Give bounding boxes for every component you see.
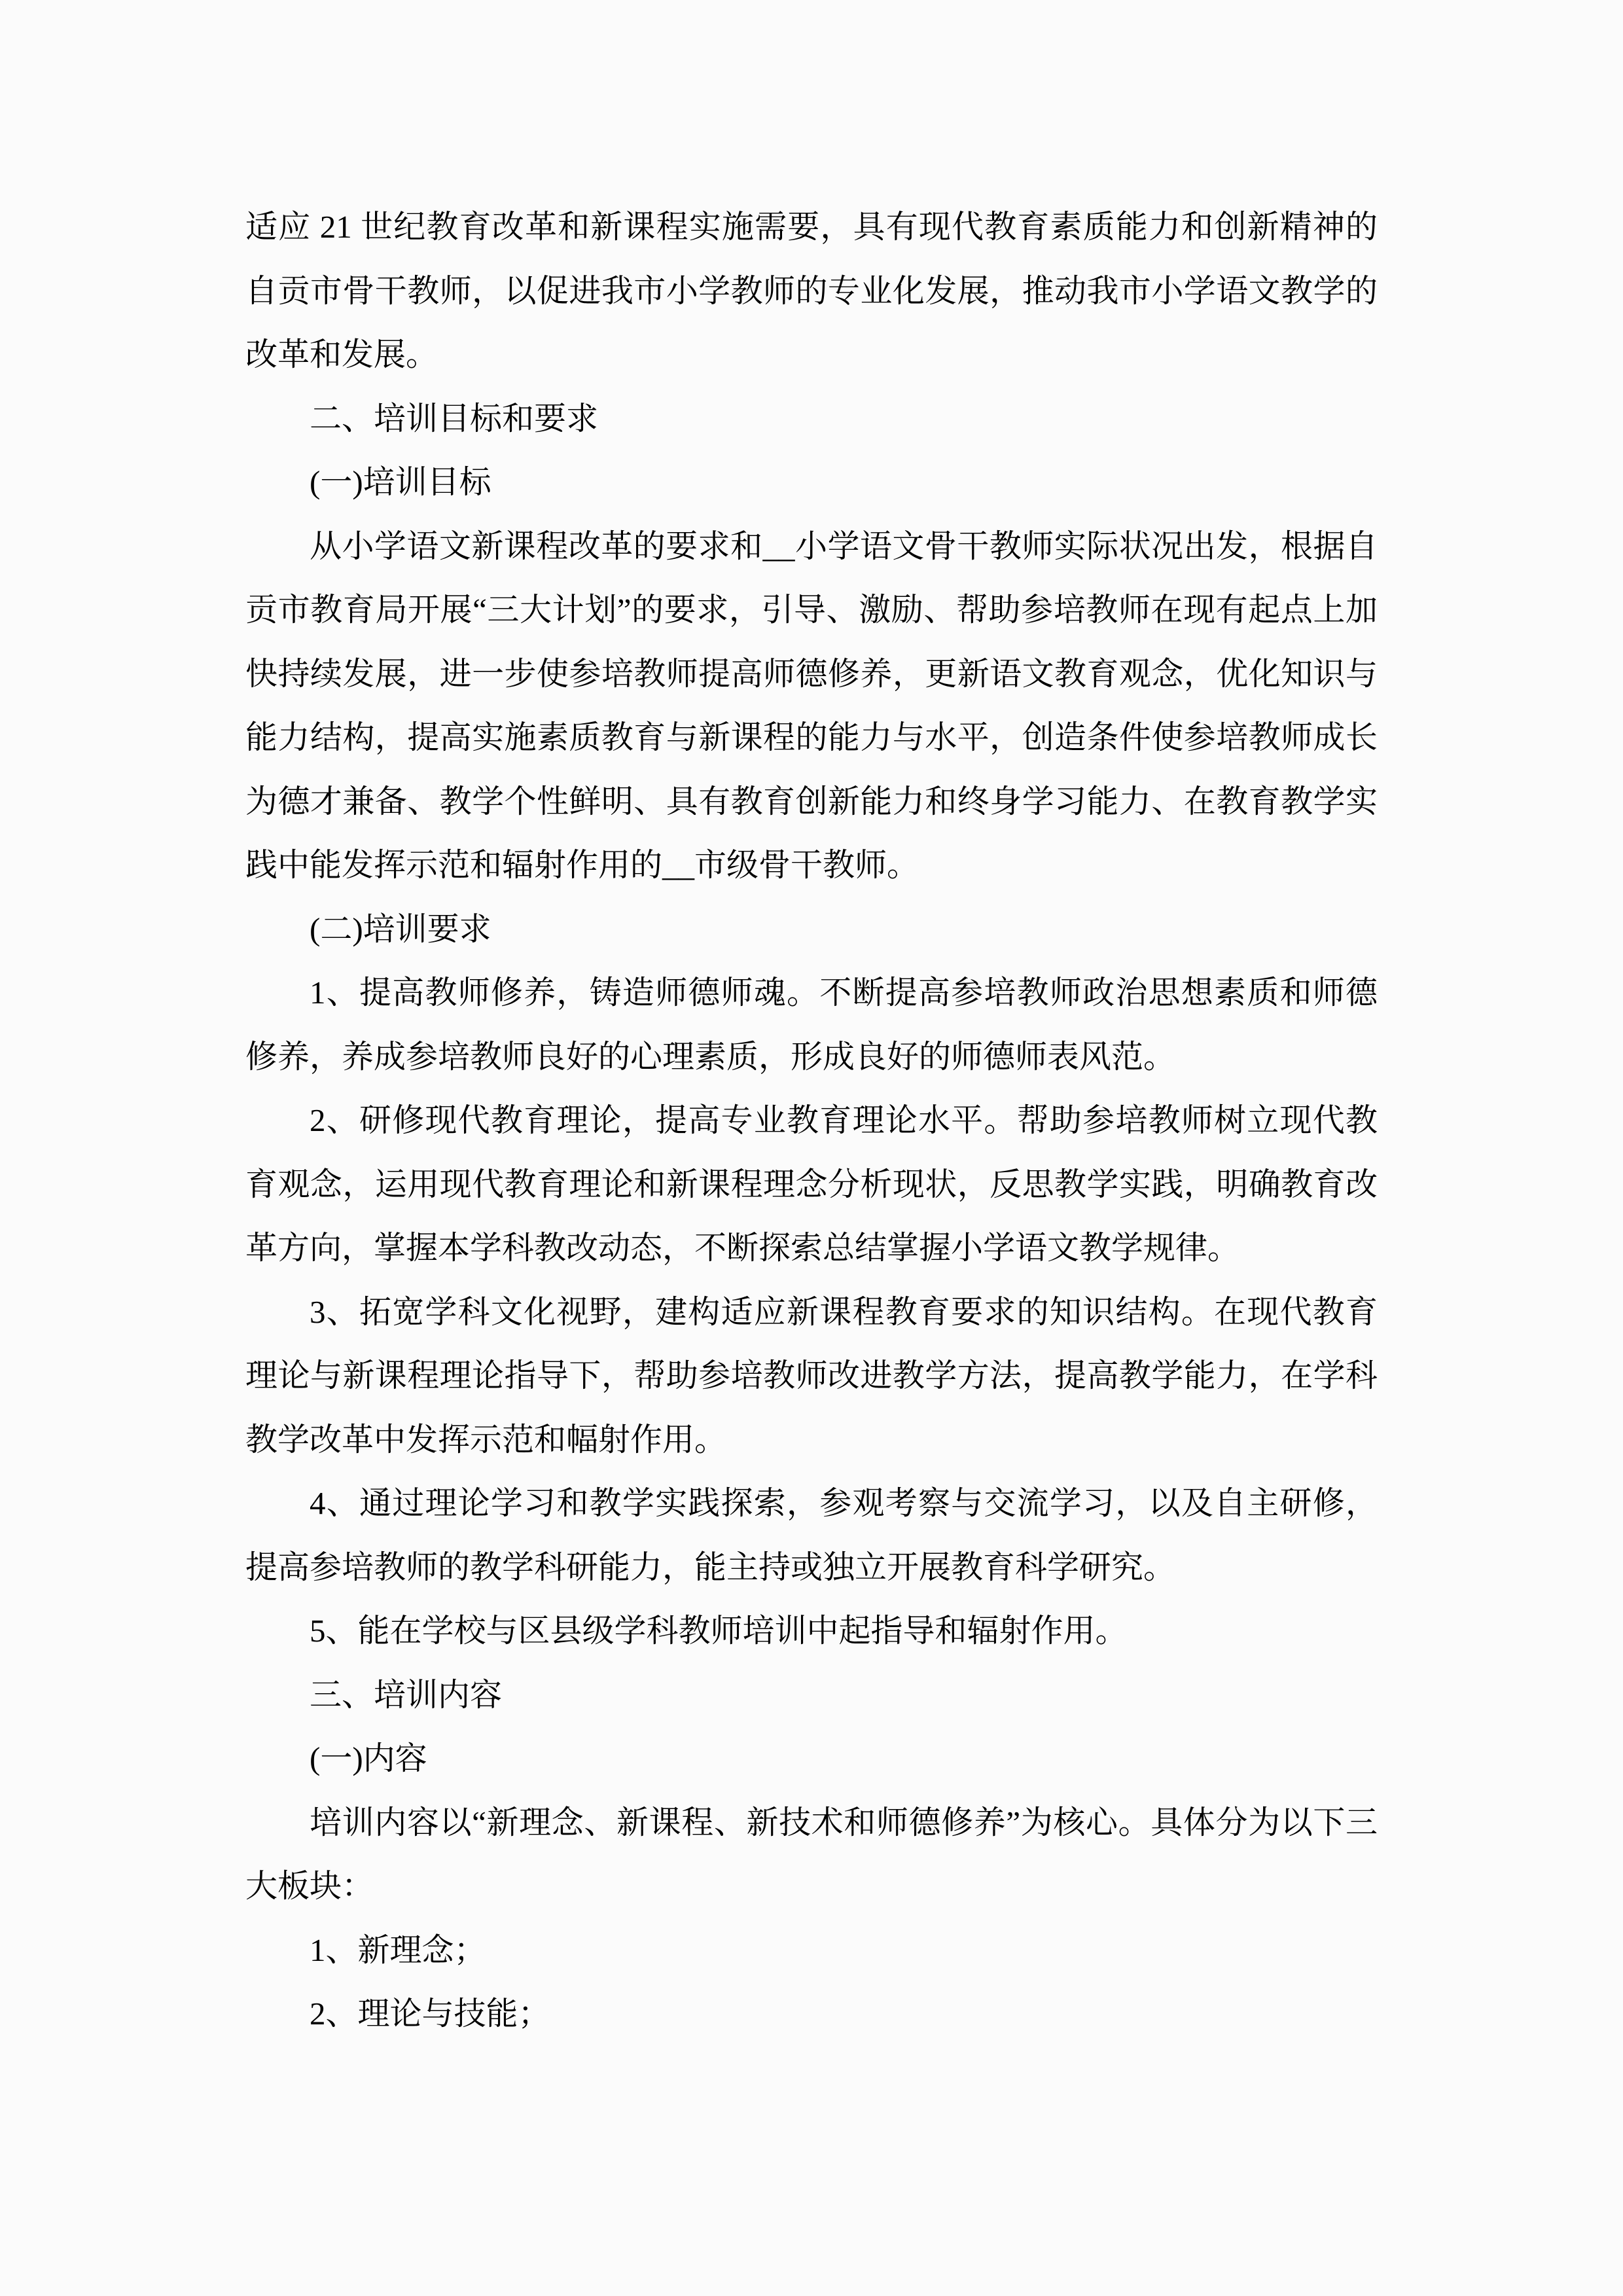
subsection-heading-reqs: (二)培训要求 bbox=[245, 897, 1378, 961]
list-item-theory-skill: 2、理论与技能； bbox=[245, 1982, 1378, 2046]
numbered-item-5: 5、能在学校与区县级学科教师培训中起指导和辐射作用。 bbox=[245, 1599, 1378, 1663]
paragraph-content-core: 培训内容以“新理念、新课程、新技术和师德修养”为核心。具体分为以下三大板块： bbox=[245, 1791, 1378, 1918]
section-heading-2: 二、培训目标和要求 bbox=[245, 387, 1378, 451]
paragraph-training-goals: 从小学语文新课程改革的要求和__小学语文骨干教师实际状况出发，根据自贡市教育局开… bbox=[245, 514, 1378, 897]
numbered-item-1: 1、提高教师修养，铸造师德师魂。不断提高参培教师政治思想素质和师德修养，养成参培… bbox=[245, 961, 1378, 1088]
section-heading-3: 三、培训内容 bbox=[245, 1663, 1378, 1727]
list-item-new-idea: 1、新理念； bbox=[245, 1918, 1378, 1982]
paragraph-intro-continuation: 适应 21 世纪教育改革和新课程实施需要，具有现代教育素质能力和创新精神的自贡市… bbox=[245, 195, 1378, 387]
numbered-item-2: 2、研修现代教育理论，提高专业教育理论水平。帮助参培教师树立现代教育观念，运用现… bbox=[245, 1088, 1378, 1280]
document-page: 适应 21 世纪教育改革和新课程实施需要，具有现代教育素质能力和创新精神的自贡市… bbox=[0, 0, 1623, 2296]
document-body: 适应 21 世纪教育改革和新课程实施需要，具有现代教育素质能力和创新精神的自贡市… bbox=[245, 195, 1378, 2046]
subsection-heading-goals: (一)培训目标 bbox=[245, 450, 1378, 514]
numbered-item-4: 4、通过理论学习和教学实践探索，参观考察与交流学习，以及自主研修，提高参培教师的… bbox=[245, 1471, 1378, 1599]
numbered-item-3: 3、拓宽学科文化视野，建构适应新课程教育要求的知识结构。在现代教育理论与新课程理… bbox=[245, 1280, 1378, 1472]
subsection-heading-content: (一)内容 bbox=[245, 1727, 1378, 1791]
